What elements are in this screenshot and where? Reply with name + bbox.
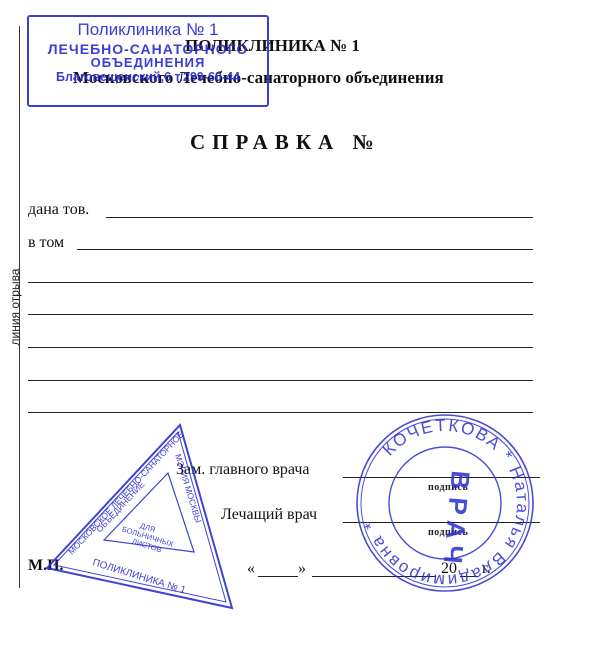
round-doctor-stamp: КОЧЕТКОВА * Наталья Владимировна * ВРАЧ — [0, 0, 600, 645]
round-stamp-center-text: ВРАЧ — [437, 469, 476, 572]
